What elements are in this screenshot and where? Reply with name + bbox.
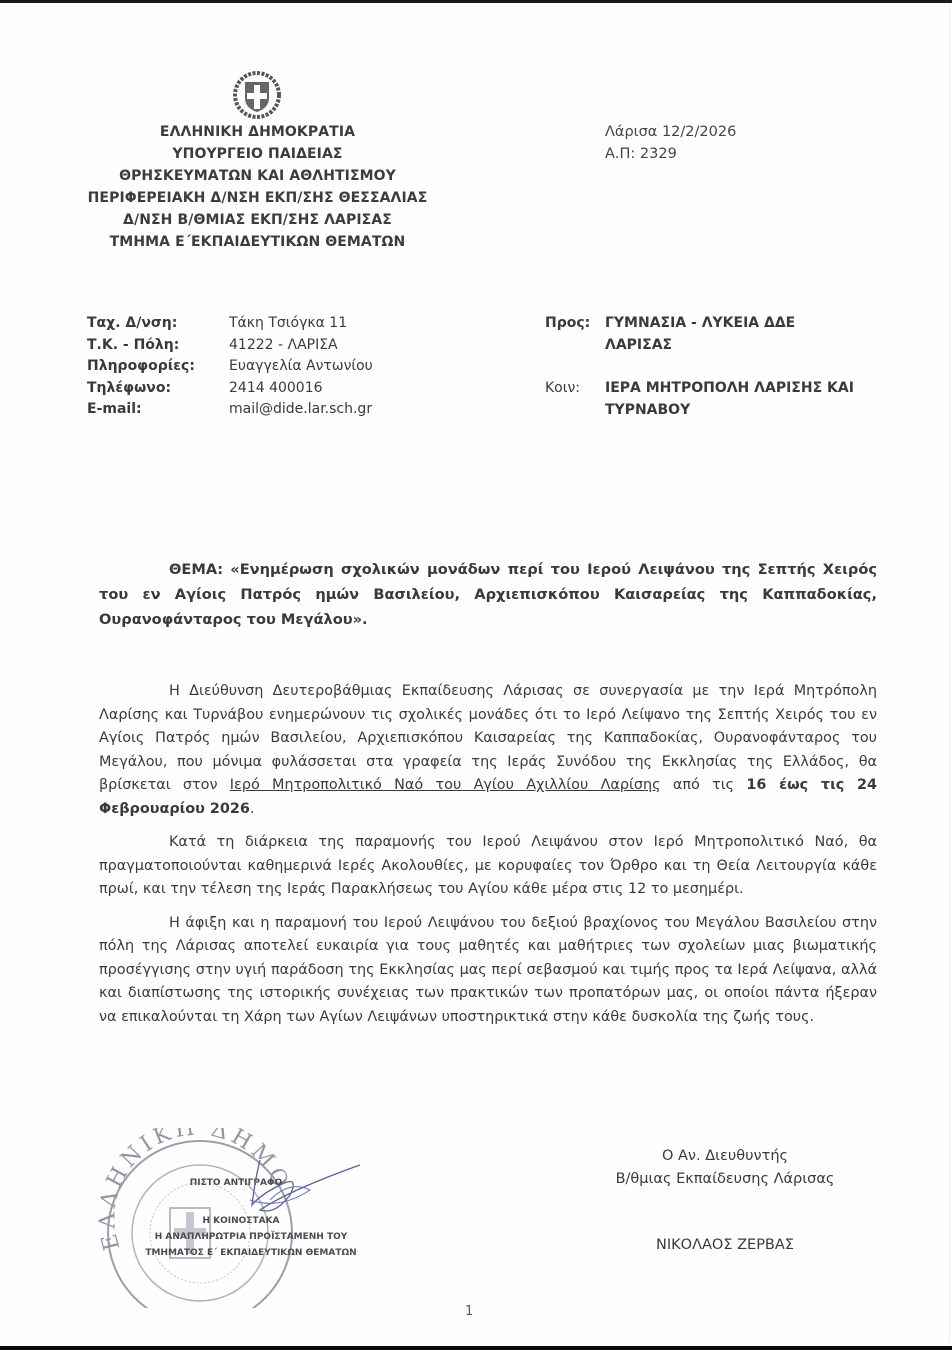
top-border xyxy=(0,0,952,3)
paragraph-3: Η άφιξη και η παραμονή του Ιερού Λειψάνο… xyxy=(99,912,877,1030)
cc-row: Κοιν: ΙΕΡΑ ΜΗΤΡΟΠΟΛΗ ΛΑΡΙΣΗΣ ΚΑΙ ΤΥΡΝΑΒΟ… xyxy=(545,378,865,421)
to-value: ΓΥΜΝΑΣΙΑ - ΛΥΚΕΙΑ ΔΔΕ ΛΑΡΙΣΑΣ xyxy=(605,313,865,356)
to-label: Προς: xyxy=(545,313,605,356)
org-line: Δ/ΝΣΗ Β/ΘΜΙΑΣ ΕΚΠ/ΣΗΣ ΛΑΡΙΣΑΣ xyxy=(70,209,445,231)
letter-body: Η Διεύθυνση Δευτεροβάθμιας Εκπαίδευσης Λ… xyxy=(99,680,877,1039)
recipients-block: Προς: ΓΥΜΝΑΣΙΑ - ΛΥΚΕΙΑ ΔΔΕ ΛΑΡΙΣΑΣ Κοιν… xyxy=(545,313,865,421)
certifier-title: Η ΑΝΑΠΛΗΡΩΤΡΙΑ ΠΡΟΪΣΤΑΜΕΝΗ ΤΟΥ xyxy=(136,1229,366,1245)
contact-value: 2414 400016 xyxy=(229,378,323,400)
cc-line: ΙΕΡΑ ΜΗΤΡΟΠΟΛΗ ΛΑΡΙΣΗΣ ΚΑΙ xyxy=(605,378,865,400)
page-number: 1 xyxy=(465,1304,473,1319)
contact-value: 41222 - ΛΑΡΙΣΑ xyxy=(229,335,338,357)
org-line: ΤΜΗΜΑ Ε΄ΕΚΠΑΙΔΕΥΤΙΚΩΝ ΘΕΜΑΤΩΝ xyxy=(70,231,445,253)
date-protocol-block: Λάρισα 12/2/2026 Α.Π: 2329 xyxy=(605,121,736,165)
contact-label: Πληροφορίες: xyxy=(87,356,229,378)
right-edge xyxy=(949,3,950,1343)
handwritten-signature xyxy=(200,1150,370,1230)
contact-label: Τηλέφωνο: xyxy=(87,378,229,400)
org-line: ΕΛΛΗΝΙΚΗ ΔΗΜΟΚΡΑΤΙΑ xyxy=(70,121,445,143)
contact-row: Τ.Κ. - Πόλη: 41222 - ΛΑΡΙΣΑ xyxy=(87,335,373,357)
certifier-department: ΤΜΗΜΑΤΟΣ Ε΄ ΕΚΠΑΙΔΕΥΤΙΚΩΝ ΘΕΜΑΤΩΝ xyxy=(136,1245,366,1261)
paragraph-text: . xyxy=(250,801,255,817)
paragraph-text: από τις xyxy=(661,777,747,793)
greek-coat-of-arms-icon xyxy=(232,70,282,120)
to-line: ΛΑΡΙΣΑΣ xyxy=(605,335,865,357)
paragraph-2: Κατά τη διάρκεια της παραμονής του Ιερού… xyxy=(99,831,877,902)
org-line: ΠΕΡΙΦΕΡΕΙΑΚΗ Δ/ΝΣΗ ΕΚΠ/ΣΗΣ ΘΕΣΣΑΛΙΑΣ xyxy=(70,187,445,209)
date-line: Λάρισα 12/2/2026 xyxy=(605,121,736,143)
org-line: ΘΡΗΣΚΕΥΜΑΤΩΝ ΚΑΙ ΑΘΛΗΤΙΣΜΟΥ xyxy=(70,165,445,187)
contact-value: Ευαγγελία Αντωνίου xyxy=(229,356,373,378)
contact-info: Ταχ. Δ/νση: Τάκη Τσιόγκα 11 Τ.Κ. - Πόλη:… xyxy=(87,313,373,421)
issuing-authority: ΕΛΛΗΝΙΚΗ ΔΗΜΟΚΡΑΤΙΑ ΥΠΟΥΡΓΕΙΟ ΠΑΙΔΕΙΑΣ Θ… xyxy=(70,121,445,253)
signatory-position: Ο Αν. Διευθυντής xyxy=(590,1145,860,1168)
contact-label: Ταχ. Δ/νση: xyxy=(87,313,229,335)
signatory-title: Ο Αν. Διευθυντής Β/θμιας Εκπαίδευσης Λάρ… xyxy=(590,1145,860,1191)
signatory-name: ΝΙΚΟΛΑΟΣ ΖΕΡΒΑΣ xyxy=(590,1237,860,1253)
venue-text: Ιερό Μητροπολιτικό Ναό του Αγίου Αχιλλίο… xyxy=(230,777,661,793)
contact-row: E-mail: mail@dide.lar.sch.gr xyxy=(87,399,373,421)
protocol-number: Α.Π: 2329 xyxy=(605,143,736,165)
cc-label: Κοιν: xyxy=(545,378,605,421)
bottom-border xyxy=(0,1346,952,1350)
cc-line: ΤΥΡΝΑΒΟΥ xyxy=(605,400,865,422)
contact-row: Ταχ. Δ/νση: Τάκη Τσιόγκα 11 xyxy=(87,313,373,335)
email-link: mail@dide.lar.sch.gr xyxy=(229,399,372,421)
to-row: Προς: ΓΥΜΝΑΣΙΑ - ΛΥΚΕΙΑ ΔΔΕ ΛΑΡΙΣΑΣ xyxy=(545,313,865,356)
contact-label: Τ.Κ. - Πόλη: xyxy=(87,335,229,357)
to-line: ΓΥΜΝΑΣΙΑ - ΛΥΚΕΙΑ ΔΔΕ xyxy=(605,313,865,335)
contact-label: E-mail: xyxy=(87,399,229,421)
contact-row: Πληροφορίες: Ευαγγελία Αντωνίου xyxy=(87,356,373,378)
subject-line: ΘΕΜΑ: «Ενημέρωση σχολικών μονάδων περί τ… xyxy=(99,557,877,632)
org-line: ΥΠΟΥΡΓΕΙΟ ΠΑΙΔΕΙΑΣ xyxy=(70,143,445,165)
signatory-department: Β/θμιας Εκπαίδευσης Λάρισας xyxy=(590,1168,860,1191)
cc-value: ΙΕΡΑ ΜΗΤΡΟΠΟΛΗ ΛΑΡΙΣΗΣ ΚΑΙ ΤΥΡΝΑΒΟΥ xyxy=(605,378,865,421)
contact-row: Τηλέφωνο: 2414 400016 xyxy=(87,378,373,400)
paragraph-1: Η Διεύθυνση Δευτεροβάθμιας Εκπαίδευσης Λ… xyxy=(99,680,877,821)
contact-value: Τάκη Τσιόγκα 11 xyxy=(229,313,347,335)
